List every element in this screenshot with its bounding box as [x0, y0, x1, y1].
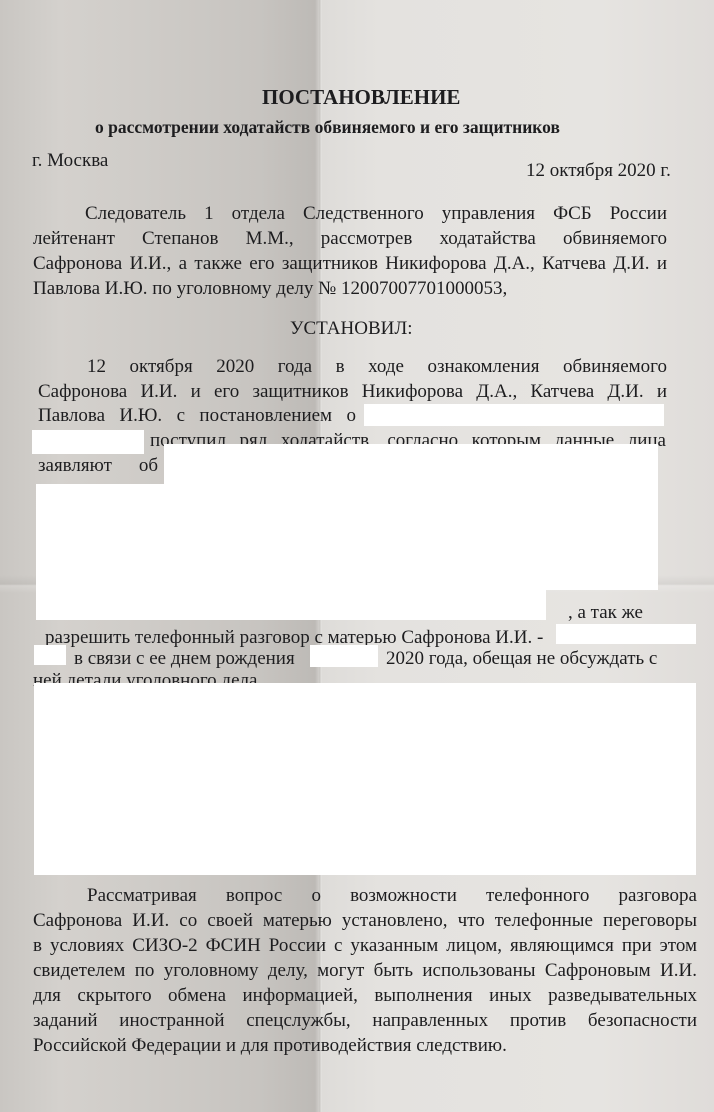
redaction-box [556, 624, 696, 644]
redaction-box [310, 645, 378, 667]
document-subtitle: о рассмотрении ходатайств обвиняемого и … [95, 116, 560, 138]
intro-line: Сафронова И.И., а также его защитников Н… [33, 253, 667, 275]
paragraph-line: в условиях СИЗО-2 ФСИН России с указанны… [33, 935, 697, 957]
redaction-box [364, 404, 664, 426]
document-title: ПОСТАНОВЛЕНИЕ [262, 86, 460, 108]
intro-line: Павлова И.Ю. по уголовному делу № 120070… [33, 278, 507, 300]
paragraph-line: для скрытого обмена информацией, выполне… [33, 985, 697, 1007]
paragraph-line: в связи с ее днем рождения [74, 648, 295, 670]
document-page: ПОСТАНОВЛЕНИЕ о рассмотрении ходатайств … [0, 0, 714, 1112]
redaction-box [36, 590, 546, 620]
paragraph-line: свидетелем по уголовному делу, могут быт… [33, 960, 697, 982]
redaction-box [34, 683, 696, 875]
paragraph-line: заявляют об [38, 455, 158, 477]
paragraph-line: , а так же [568, 602, 643, 624]
paragraph-line: Рассматривая вопрос о возможности телефо… [87, 885, 697, 907]
section-heading: УСТАНОВИЛ: [290, 318, 413, 340]
paragraph-line: Российской Федерации и для противодейств… [33, 1035, 507, 1057]
intro-line: лейтенант Степанов М.М., рассмотрев хода… [33, 228, 667, 250]
paragraph-line: 12 октября 2020 года в ходе ознакомления… [87, 356, 667, 378]
paragraph-line: 2020 года, обещая не обсуждать с [386, 648, 657, 670]
document-date: 12 октября 2020 г. [526, 160, 671, 182]
paragraph-line: разрешить телефонный разговор с матерью … [45, 627, 543, 649]
redaction-box [32, 430, 144, 454]
redaction-box [164, 444, 658, 484]
paragraph-line: заданий иностранной спецслужбы, направле… [33, 1010, 697, 1032]
intro-line: Следователь 1 отдела Следственного управ… [85, 203, 667, 225]
redaction-box [34, 645, 66, 665]
paragraph-line: Сафронова И.И. и его защитников Никифоро… [38, 381, 667, 403]
document-city: г. Москва [32, 150, 108, 172]
redaction-box [36, 484, 658, 590]
paragraph-line: Сафронова И.И. со своей матерью установл… [33, 910, 697, 932]
